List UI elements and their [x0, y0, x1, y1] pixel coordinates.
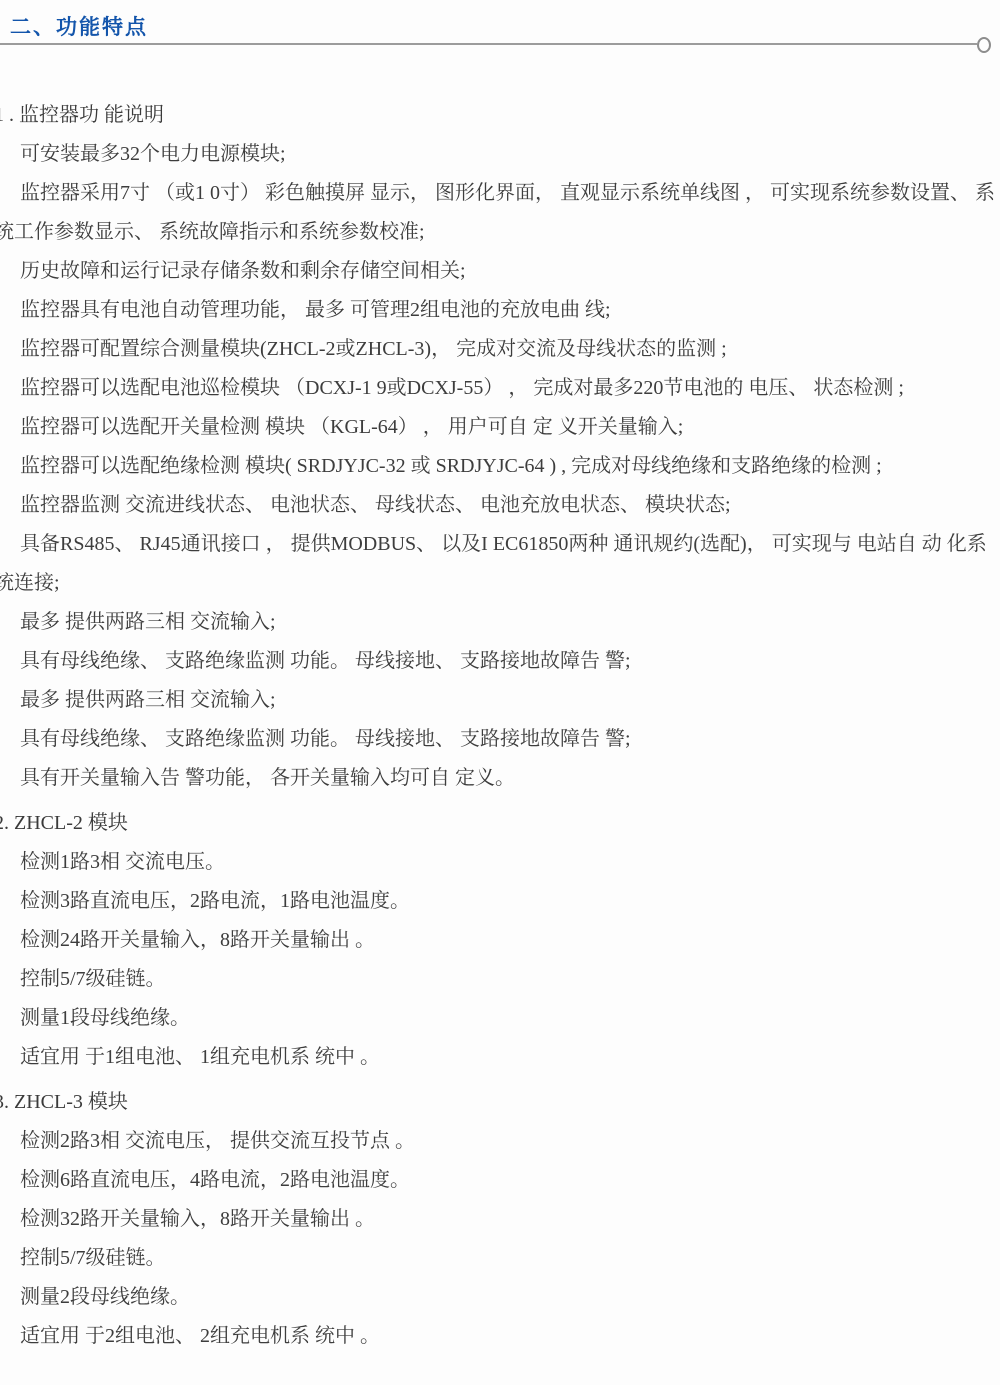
text-line: 监控器可以选配电池巡检模块 （DCXJ-1 9或DCXJ-55） ， 完成对最多…: [0, 369, 1000, 408]
text-line: 具备RS485、 RJ45通讯接口 ， 提供MODBUS、 以及I EC6185…: [0, 525, 1000, 564]
text-line: 监控器监测 交流进线状态、 电池状态、 母线状态、 电池充放电状态、 模块状态;: [0, 486, 1000, 525]
text-line: 控制5/7级硅链。: [0, 1239, 1000, 1278]
text-line: 监控器具有电池自动管理功能， 最多 可管理2组电池的充放电曲 线;: [0, 291, 1000, 330]
text-line: 统连接;: [0, 564, 1000, 603]
document-body: 1 . 监控器功 能说明可安装最多32个电力电源模块;监控器采用7寸 （或1 0…: [0, 96, 1000, 1356]
section: 1 . 监控器功 能说明可安装最多32个电力电源模块;监控器采用7寸 （或1 0…: [0, 96, 1000, 798]
section-heading: 2. ZHCL-2 模块: [0, 804, 1000, 843]
header-divider: [0, 43, 977, 45]
text-line: 监控器可配置综合测量模块(ZHCL-2或ZHCL-3)， 完成对交流及母线状态的…: [0, 330, 1000, 369]
page-title: 二、功能特点: [10, 11, 148, 41]
divider-end-circle-icon: [977, 37, 991, 53]
text-line: 测量2段母线绝缘。: [0, 1278, 1000, 1317]
text-line: 检测32路开关量输入，8路开关量输出 。: [0, 1200, 1000, 1239]
text-line: 检测24路开关量输入，8路开关量输出 。: [0, 921, 1000, 960]
text-line: 监控器可以选配开关量检测 模块 （KGL-64） ， 用户可自 定 义开关量输入…: [0, 408, 1000, 447]
text-line: 可安装最多32个电力电源模块;: [0, 135, 1000, 174]
section: 3. ZHCL-3 模块检测2路3相 交流电压， 提供交流互投节点 。检测6路直…: [0, 1083, 1000, 1356]
text-line: 具有开关量输入告 警功能， 各开关量输入均可自 定义。: [0, 759, 1000, 798]
text-line: 最多 提供两路三相 交流输入;: [0, 681, 1000, 720]
text-line: 具有母线绝缘、 支路绝缘监测 功能。 母线接地、 支路接地故障告 警;: [0, 642, 1000, 681]
section-heading: 1 . 监控器功 能说明: [0, 96, 1000, 135]
text-line: 具有母线绝缘、 支路绝缘监测 功能。 母线接地、 支路接地故障告 警;: [0, 720, 1000, 759]
section-heading: 3. ZHCL-3 模块: [0, 1083, 1000, 1122]
text-line: 适宜用 于1组电池、 1组充电机系 统中 。: [0, 1038, 1000, 1077]
text-line: 统工作参数显示、 系统故障指示和系统参数校准;: [0, 213, 1000, 252]
text-line: 控制5/7级硅链。: [0, 960, 1000, 999]
text-line: 检测3路直流电压，2路电流，1路电池温度。: [0, 882, 1000, 921]
text-line: 检测6路直流电压，4路电流，2路电池温度。: [0, 1161, 1000, 1200]
document-page: 二、功能特点 1 . 监控器功 能说明可安装最多32个电力电源模块;监控器采用7…: [0, 0, 1000, 1385]
text-line: 测量1段母线绝缘。: [0, 999, 1000, 1038]
text-line: 最多 提供两路三相 交流输入;: [0, 603, 1000, 642]
section: 2. ZHCL-2 模块检测1路3相 交流电压。检测3路直流电压，2路电流，1路…: [0, 804, 1000, 1077]
text-line: 历史故障和运行记录存储条数和剩余存储空间相关;: [0, 252, 1000, 291]
text-line: 检测2路3相 交流电压， 提供交流互投节点 。: [0, 1122, 1000, 1161]
text-line: 检测1路3相 交流电压。: [0, 843, 1000, 882]
text-line: 监控器采用7寸 （或1 0寸） 彩色触摸屏 显示， 图形化界面， 直观显示系统单…: [0, 174, 1000, 213]
text-line: 监控器可以选配绝缘检测 模块( SRDJYJC-32 或 SRDJYJC-64 …: [0, 447, 1000, 486]
text-line: 适宜用 于2组电池、 2组充电机系 统中 。: [0, 1317, 1000, 1356]
